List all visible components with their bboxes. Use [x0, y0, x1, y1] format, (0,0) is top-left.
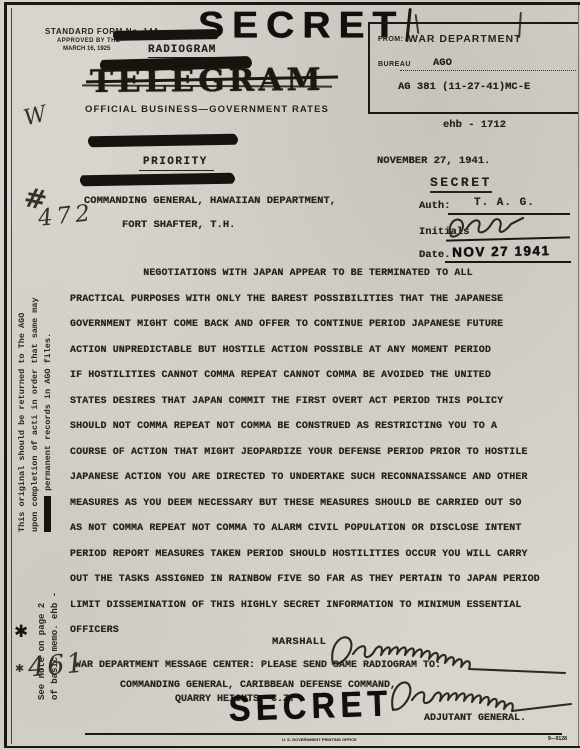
- approved-by-line: APPROVED BY THE: [57, 38, 120, 44]
- form-code: 9—9128: [548, 736, 567, 742]
- addressee-line1: COMMANDING GENERAL, HAWAIIAN DEPARTMENT,: [84, 195, 336, 207]
- frame-bottom-line: [4, 746, 580, 748]
- sender-name: MARSHALL: [272, 636, 326, 648]
- margin-return-note-line1: This original should be returned to The …: [16, 230, 29, 532]
- from-box-top-border: [368, 22, 578, 24]
- secret-stamp-bottom: SECRET: [228, 682, 393, 730]
- redaction-mark: [80, 174, 235, 186]
- handwritten-asterisk: ✱: [15, 662, 24, 675]
- bureau-value: AGO: [433, 57, 452, 69]
- margin-return-note: This original should be returned to The …: [16, 230, 55, 532]
- secret-typed: SECRET: [430, 175, 492, 193]
- scanned-telegram-page: SECRET STANDARD FORM No. 14A APPROVED BY…: [0, 0, 580, 750]
- frame-left-inner-line: [11, 8, 12, 744]
- approved-date-line: MARCH 16, 1925: [63, 46, 110, 52]
- bottom-rule: [85, 733, 562, 735]
- date-label: Date.: [419, 249, 451, 261]
- addressee-line2: FORT SHAFTER, T.H.: [122, 219, 235, 231]
- margin-return-note-line3: permanent records in AGO files.: [42, 230, 55, 532]
- handwritten-asterisk: ✱: [14, 622, 28, 642]
- auth-value: T. A. G.: [474, 197, 535, 209]
- from-label: FROM:: [378, 36, 403, 43]
- from-box-bottom-border: [368, 112, 578, 114]
- margin-return-note-line2: upon completion of acti in order that sa…: [29, 230, 42, 532]
- handwritten-w-mark: W: [21, 102, 49, 132]
- redaction-mark: [88, 135, 238, 147]
- from-box-left-border: [368, 22, 370, 113]
- adjutant-title: ADJUTANT GENERAL.: [424, 713, 526, 724]
- secret-stamp-top: SECRET: [198, 5, 404, 47]
- margin-see-note: See note on page 2 of basic memo. ehb -: [36, 520, 62, 700]
- official-business-line: OFFICIAL BUSINESS—GOVERNMENT RATES: [85, 104, 329, 115]
- radiogram-title: RADIOGRAM: [148, 44, 216, 58]
- auth-label: Auth:: [419, 200, 451, 212]
- margin-return-note-line3-text: permanent records in AGO files.: [43, 333, 53, 496]
- date-line: NOVEMBER 27, 1941.: [377, 155, 490, 167]
- bureau-dotted-line: [400, 63, 576, 71]
- ink-smudge: [415, 14, 420, 34]
- date-stamp: NOV 27 1941: [452, 243, 551, 260]
- clerk-reference: ehb - 1712: [443, 119, 506, 131]
- message-body: NEGOTIATIONS WITH JAPAN APPEAR TO BE TER…: [70, 261, 540, 644]
- margin-see-note-line1: See note on page 2: [36, 520, 49, 700]
- from-value: WAR DEPARTMENT: [408, 33, 522, 45]
- margin-see-note-line2: of basic memo. ehb -: [49, 520, 62, 700]
- priority-heading: PRIORITY: [139, 156, 214, 171]
- frame-right-line: [578, 2, 579, 747]
- reference-number: AG 381 (11-27-41)MC-E: [398, 81, 530, 93]
- telegram-word: TELEGRAM: [90, 62, 325, 100]
- frame-left-line: [4, 2, 7, 747]
- print-office-line: U. S. GOVERNMENT PRINTING OFFICE: [282, 737, 357, 742]
